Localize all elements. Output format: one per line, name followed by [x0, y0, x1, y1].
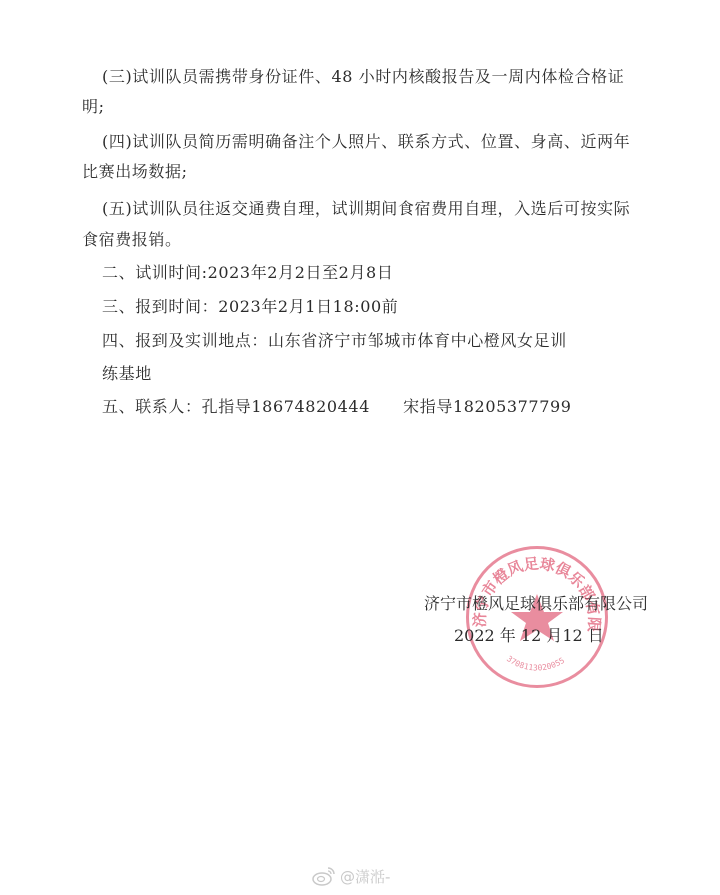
paragraph-4-line-1: (四)试训队员简历需明确备注个人照片、联系方式、位置、身高、近两年	[102, 132, 630, 152]
paragraph-4-line-2: 比赛出场数据;	[82, 162, 188, 182]
weibo-watermark: @潇湉-	[312, 865, 390, 887]
watermark-handle: @潇湉-	[340, 866, 390, 887]
paragraph-3-line-2: 明;	[82, 97, 105, 117]
signature-organization: 济宁市橙风足球俱乐部有限公司	[424, 594, 648, 614]
training-time: 二、试训时间:2023年2月2日至2月8日	[102, 263, 393, 283]
official-seal: 济宁市橙风足球俱乐部有限公司 3708113020055	[466, 546, 608, 688]
svg-text:3708113020055: 3708113020055	[505, 654, 566, 672]
signature-date: 2022 年 12 月12 日	[454, 626, 604, 646]
seal-star-icon: 济宁市橙风足球俱乐部有限公司 3708113020055	[466, 546, 608, 688]
location-line-1: 四、报到及实训地点：山东省济宁市邹城市体育中心橙风女足训	[102, 331, 567, 351]
paragraph-3-line-1: (三)试训队员需携带身份证件、48 小时内核酸报告及一周内体检合格证	[102, 67, 624, 87]
weibo-icon	[312, 866, 336, 886]
paragraph-5-line-2: 食宿费报销。	[82, 230, 182, 250]
contacts: 五、联系人：孔指导18674820444 宋指导18205377799	[102, 397, 572, 417]
location-line-2: 练基地	[102, 364, 152, 384]
report-time: 三、报到时间：2023年2月1日18:00前	[102, 297, 398, 317]
paragraph-5-line-1: (五)试训队员往返交通费自理，试训期间食宿费用自理，入选后可按实际	[102, 199, 630, 219]
